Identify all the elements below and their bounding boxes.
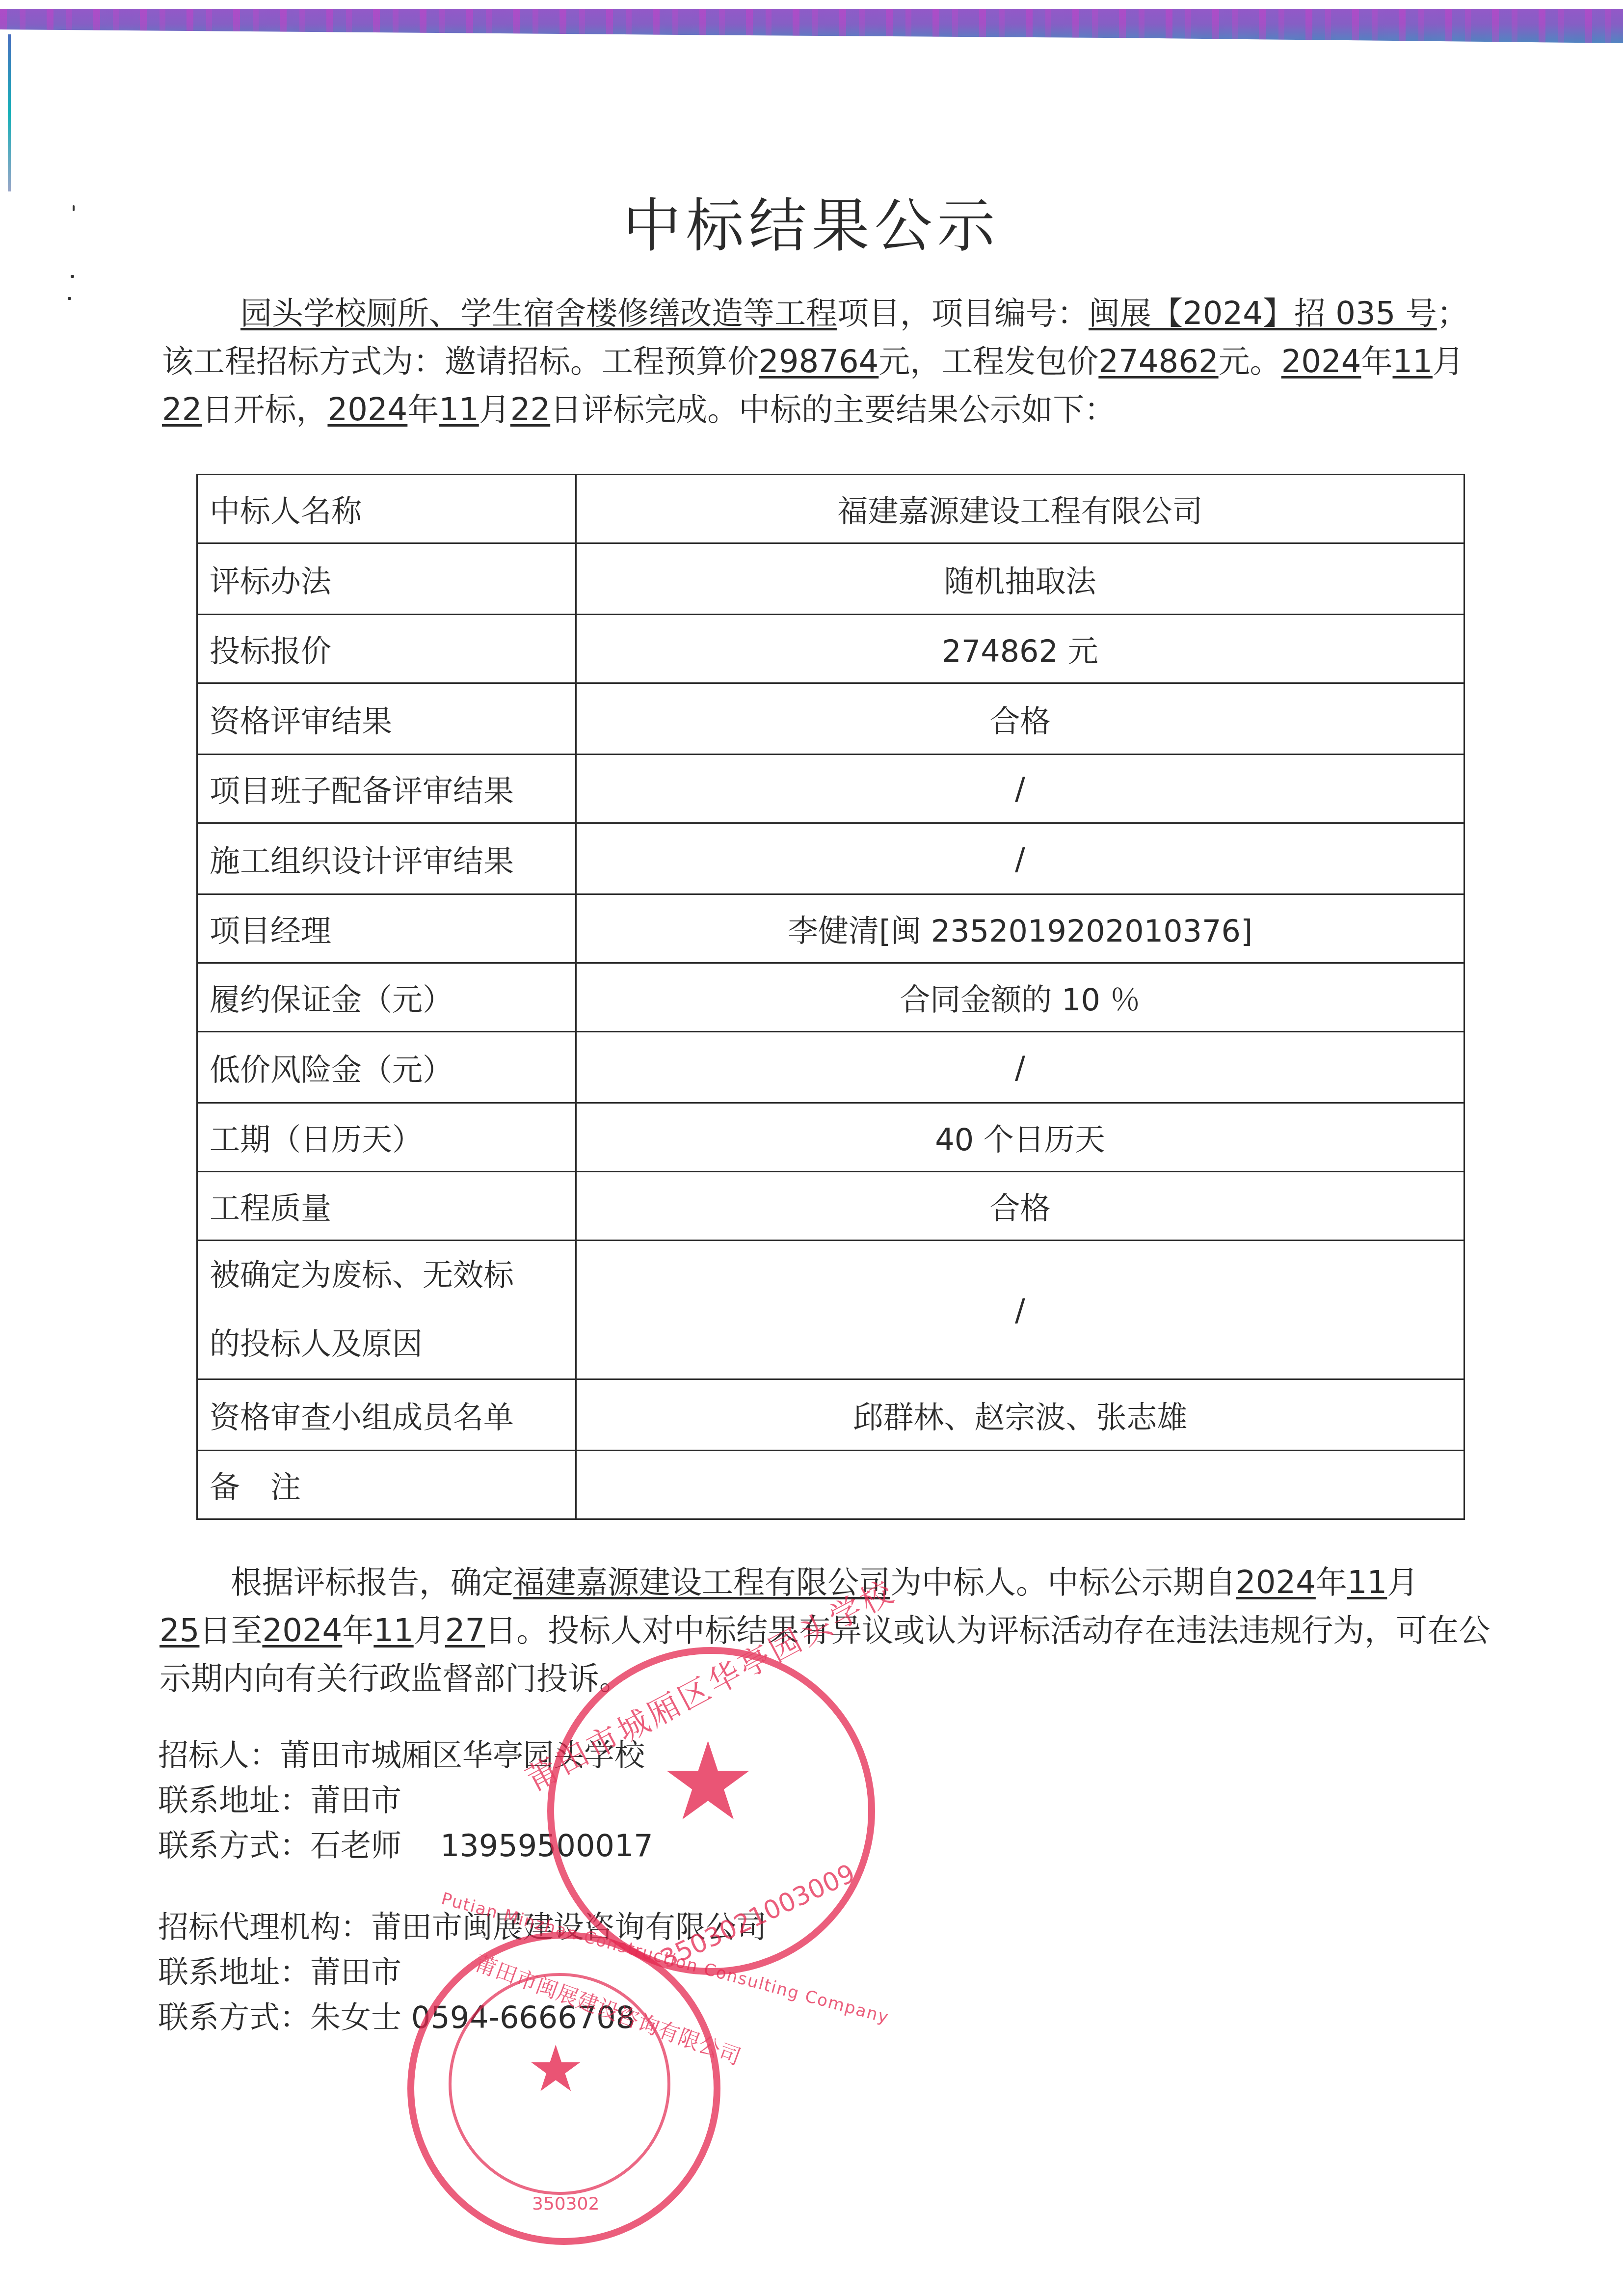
- row-label-line: 的投标人及原因: [210, 1326, 423, 1362]
- tenderer-phone: 13959500017: [440, 1828, 653, 1864]
- row-label: 中标人名称: [197, 475, 576, 543]
- intro-text: 日开标，: [202, 392, 327, 428]
- row-value: 邱群林、赵宗波、张志雄: [576, 1379, 1464, 1451]
- row-value: 随机抽取法: [576, 543, 1464, 615]
- table-row: 低价风险金（元） /: [197, 1032, 1464, 1103]
- tenderer-name-line: 招标人：莆田市城厢区华亭园头学校: [158, 1733, 653, 1778]
- row-label: 备 注: [197, 1451, 576, 1519]
- contract-price: 274862: [1098, 344, 1218, 380]
- agency-block: 招标代理机构：莆田市闽展建设咨询有限公司 联系地址：莆田市 联系方式：朱女士 0…: [158, 1905, 767, 2040]
- eval-month: 11: [439, 392, 479, 428]
- winner-name: 福建嘉源建设工程有限公司: [513, 1565, 890, 1601]
- star-icon: ★: [527, 2037, 585, 2101]
- result-table: 中标人名称 福建嘉源建设工程有限公司 评标办法 随机抽取法 投标报价 27486…: [196, 474, 1465, 1520]
- conclusion-text: 月: [1387, 1565, 1418, 1601]
- row-value: /: [576, 1032, 1464, 1103]
- table-row: 工期（日历天） 40 个日历天: [197, 1103, 1464, 1172]
- agency-contact-line: 联系方式：朱女士 0594-6666708: [158, 1995, 767, 2040]
- row-value: /: [576, 755, 1464, 823]
- intro-text: 日评标完成。中标的主要结果公示如下：: [550, 392, 1116, 428]
- end-day: 27: [445, 1613, 485, 1649]
- seal-code: 350302: [532, 2194, 599, 2214]
- row-value: 274862 元: [576, 615, 1464, 683]
- eval-day: 22: [510, 392, 550, 428]
- project-name: 园头学校厕所、学生宿舍楼修缮改造等工程: [240, 296, 837, 332]
- start-day: 25: [160, 1613, 199, 1649]
- scan-left-edge: [8, 34, 11, 191]
- intro-paragraph: 园头学校厕所、学生宿舍楼修缮改造等工程项目，项目编号：闽展【2024】招 035…: [162, 290, 1497, 434]
- tenderer-contact-line: 联系方式：石老师 13959500017: [158, 1823, 653, 1868]
- row-value: 福建嘉源建设工程有限公司: [576, 475, 1464, 543]
- intro-text: 项目，项目编号：: [837, 296, 1089, 332]
- table-row: 备 注: [197, 1451, 1464, 1519]
- row-label: 评标办法: [197, 543, 576, 615]
- intro-text: 年: [407, 392, 439, 428]
- table-row: 工程质量 合格: [197, 1172, 1464, 1241]
- table-row: 资格评审结果 合格: [197, 683, 1464, 755]
- intro-text: 元。: [1219, 344, 1281, 380]
- intro-text: 元，工程发包价: [878, 344, 1098, 380]
- conclusion-paragraph: 根据评标报告，确定福建嘉源建设工程有限公司为中标人。中标公示期自2024年11月…: [160, 1559, 1499, 1703]
- conclusion-text: 根据评标报告，确定: [231, 1565, 513, 1601]
- scan-speck: [68, 297, 71, 300]
- agency-name: 莆田市闽展建设咨询有限公司: [371, 1909, 767, 1945]
- row-label: 项目班子配备评审结果: [197, 755, 576, 823]
- end-month: 11: [373, 1613, 413, 1649]
- intro-text: ；: [1437, 296, 1468, 332]
- conclusion-text: 为中标人。中标公示期自: [890, 1565, 1236, 1601]
- row-label: 资格评审结果: [197, 683, 576, 755]
- table-row: 施工组织设计评审结果 /: [197, 823, 1464, 894]
- row-label: 被确定为废标、无效标的投标人及原因: [197, 1241, 576, 1379]
- row-value: 合格: [576, 683, 1464, 755]
- tenderer-block: 招标人：莆田市城厢区华亭园头学校 联系地址：莆田市 联系方式：石老师 13959…: [158, 1733, 653, 1868]
- row-label: 资格审查小组成员名单: [197, 1379, 576, 1451]
- agency-address: 莆田市: [310, 1954, 401, 1990]
- scan-border-strip: [0, 9, 1623, 43]
- tenderer-contact-person: 石老师: [310, 1828, 401, 1864]
- field-label: 联系方式：: [158, 1828, 310, 1864]
- agency-name-line: 招标代理机构：莆田市闽展建设咨询有限公司: [158, 1905, 767, 1950]
- table-row: 被确定为废标、无效标的投标人及原因 /: [197, 1241, 1464, 1379]
- start-year: 2024: [1236, 1565, 1316, 1601]
- field-label: 招标代理机构：: [158, 1909, 371, 1945]
- intro-text: 该工程招标方式为：邀请招标。工程预算价: [162, 344, 759, 380]
- table-row: 中标人名称 福建嘉源建设工程有限公司: [197, 475, 1464, 543]
- table-row: 项目经理 李健清[闽 2352019202010376]: [197, 894, 1464, 963]
- open-day: 22: [162, 392, 202, 428]
- row-label: 工程质量: [197, 1172, 576, 1241]
- page-title: 中标结果公示: [0, 179, 1623, 263]
- conclusion-text: 日至: [199, 1613, 262, 1649]
- tenderer-address: 莆田市: [310, 1783, 401, 1818]
- row-label: 工期（日历天）: [197, 1103, 576, 1172]
- intro-text: 月: [1433, 344, 1464, 380]
- table-row: 项目班子配备评审结果 /: [197, 755, 1464, 823]
- intro-text: 年: [1361, 344, 1393, 380]
- intro-text: 月: [479, 392, 510, 428]
- row-label: 投标报价: [197, 615, 576, 683]
- row-value: /: [576, 1241, 1464, 1379]
- row-label-line: 被确定为废标、无效标: [210, 1257, 514, 1293]
- conclusion-text: 年: [1316, 1565, 1347, 1601]
- row-value: 合格: [576, 1172, 1464, 1241]
- field-label: 招标人：: [158, 1737, 280, 1773]
- table-row: 履约保证金（元） 合同金额的 10 ％: [197, 963, 1464, 1032]
- start-month: 11: [1347, 1565, 1387, 1601]
- scan-speck: [71, 275, 74, 278]
- field-label: 联系地址：: [158, 1783, 310, 1818]
- agency-address-line: 联系地址：莆田市: [158, 1950, 767, 1995]
- open-year: 2024: [1281, 344, 1361, 380]
- conclusion-text: 月: [414, 1613, 445, 1649]
- table-row: 评标办法 随机抽取法: [197, 543, 1464, 615]
- eval-year: 2024: [327, 392, 407, 428]
- table-row: 投标报价 274862 元: [197, 615, 1464, 683]
- budget-price: 298764: [759, 344, 878, 380]
- row-value: 李健清[闽 2352019202010376]: [576, 894, 1464, 963]
- tenderer-name: 莆田市城厢区华亭园头学校: [280, 1737, 645, 1773]
- field-label: 联系方式：: [158, 1999, 310, 2035]
- row-value: [576, 1451, 1464, 1519]
- conclusion-text: 年: [342, 1613, 373, 1649]
- row-label: 施工组织设计评审结果: [197, 823, 576, 894]
- row-label: 项目经理: [197, 894, 576, 963]
- tenderer-address-line: 联系地址：莆田市: [158, 1778, 653, 1823]
- star-icon: ★: [660, 1728, 756, 1836]
- agency-contact-person: 朱女士: [310, 1999, 401, 2035]
- table-row: 资格审查小组成员名单 邱群林、赵宗波、张志雄: [197, 1379, 1464, 1451]
- field-label: 联系地址：: [158, 1954, 310, 1990]
- project-number: 闽展【2024】招 035 号: [1089, 296, 1437, 332]
- end-year: 2024: [262, 1613, 342, 1649]
- row-label: 低价风险金（元）: [197, 1032, 576, 1103]
- row-value: 合同金额的 10 ％: [576, 963, 1464, 1032]
- agency-phone: 0594-6666708: [411, 1999, 635, 2035]
- open-month: 11: [1393, 344, 1433, 380]
- row-value: /: [576, 823, 1464, 894]
- row-label: 履约保证金（元）: [197, 963, 576, 1032]
- row-value: 40 个日历天: [576, 1103, 1464, 1172]
